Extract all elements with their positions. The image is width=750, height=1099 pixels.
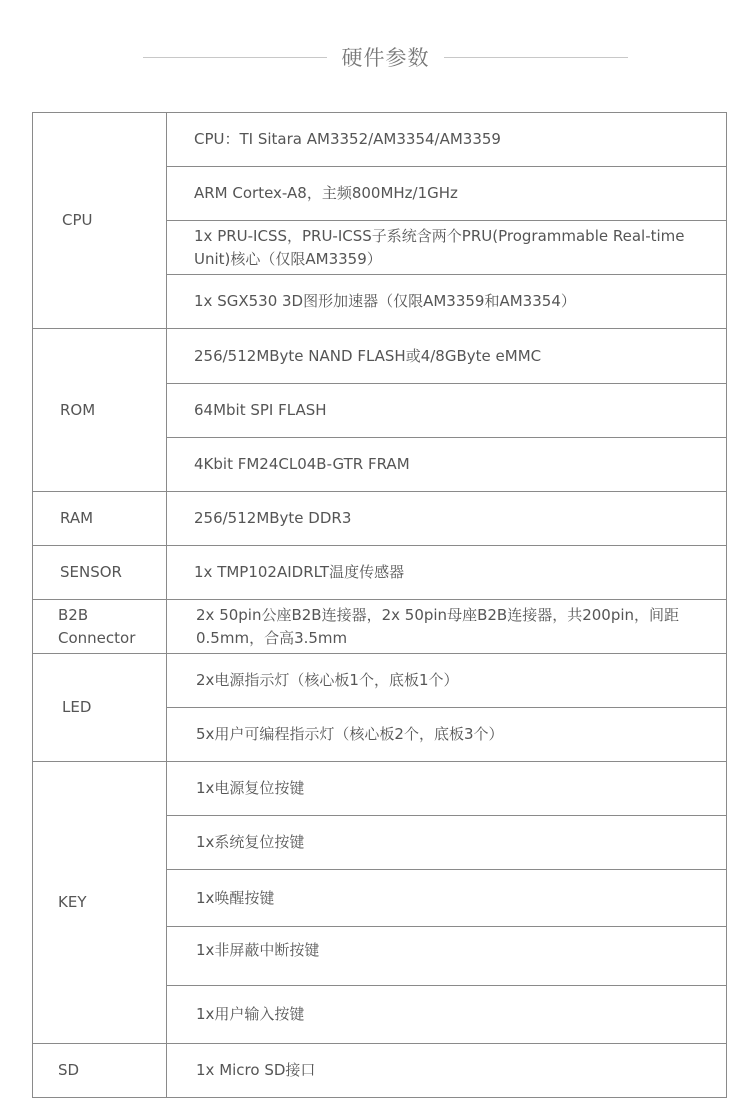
table-row: B2B Connector 2x 50pin公座B2B连接器，2x 50pin母… xyxy=(33,600,727,654)
category-label: RAM xyxy=(60,507,166,530)
spec-value: 2x 50pin公座B2B连接器，2x 50pin母座B2B连接器，共200pi… xyxy=(167,600,727,654)
spec-value: 5x用户可编程指示灯（核心板2个，底板3个） xyxy=(167,708,727,762)
category-cell-led: LED xyxy=(33,654,167,762)
category-cell-sd: SD xyxy=(33,1044,167,1098)
table-row: KEY 1x电源复位按键 xyxy=(33,762,727,816)
table-row: ROM 256/512MByte NAND FLASH或4/8GByte eMM… xyxy=(33,329,727,384)
table-row: RAM 256/512MByte DDR3 xyxy=(33,492,727,546)
title-divider-left xyxy=(143,57,327,58)
table-row: CPU CPU：TI Sitara AM3352/AM3354/AM3359 xyxy=(33,113,727,167)
category-label: SD xyxy=(58,1059,166,1082)
section-header: 硬件参数 xyxy=(0,40,750,76)
spec-value: 1x系统复位按键 xyxy=(167,816,727,870)
category-label: CPU xyxy=(62,209,166,232)
title-divider-right xyxy=(444,57,628,58)
spec-value: 4Kbit FM24CL04B-GTR FRAM xyxy=(167,438,727,492)
spec-value: 256/512MByte DDR3 xyxy=(167,492,727,546)
table-row: LED 2x电源指示灯（核心板1个，底板1个） xyxy=(33,654,727,708)
spec-value: 1x用户输入按键 xyxy=(167,986,727,1044)
hardware-spec-table: CPU CPU：TI Sitara AM3352/AM3354/AM3359 A… xyxy=(32,112,727,1098)
spec-value: 1x电源复位按键 xyxy=(167,762,727,816)
category-cell-key: KEY xyxy=(33,762,167,1044)
spec-value: 1x SGX530 3D图形加速器（仅限AM3359和AM3354） xyxy=(167,275,727,329)
category-cell-b2b-connector: B2B Connector xyxy=(33,600,167,654)
spec-value: 2x电源指示灯（核心板1个，底板1个） xyxy=(167,654,727,708)
table-row: SD 1x Micro SD接口 xyxy=(33,1044,727,1098)
category-cell-sensor: SENSOR xyxy=(33,546,167,600)
spec-value: 1x Micro SD接口 xyxy=(167,1044,727,1098)
section-title: 硬件参数 xyxy=(327,40,444,76)
spec-value: 1x非屏蔽中断按键 xyxy=(167,927,727,986)
category-label-line-1: B2B xyxy=(58,604,166,627)
spec-value: 1x PRU-ICSS，PRU-ICSS子系统含两个PRU(Programmab… xyxy=(167,221,727,275)
category-label-line-2: Connector xyxy=(58,627,166,650)
category-label: SENSOR xyxy=(60,561,166,584)
spec-value: CPU：TI Sitara AM3352/AM3354/AM3359 xyxy=(167,113,727,167)
category-cell-cpu: CPU xyxy=(33,113,167,329)
spec-value: 1x TMP102AIDRLT温度传感器 xyxy=(167,546,727,600)
spec-value: 1x唤醒按键 xyxy=(167,870,727,927)
spec-value: 256/512MByte NAND FLASH或4/8GByte eMMC xyxy=(167,329,727,384)
spec-value: ARM Cortex-A8，主频800MHz/1GHz xyxy=(167,167,727,221)
category-cell-rom: ROM xyxy=(33,329,167,492)
spec-value: 64Mbit SPI FLASH xyxy=(167,384,727,438)
category-label: ROM xyxy=(60,399,166,422)
category-cell-ram: RAM xyxy=(33,492,167,546)
category-label: KEY xyxy=(58,891,166,914)
table-row: SENSOR 1x TMP102AIDRLT温度传感器 xyxy=(33,546,727,600)
category-label: LED xyxy=(62,696,166,719)
